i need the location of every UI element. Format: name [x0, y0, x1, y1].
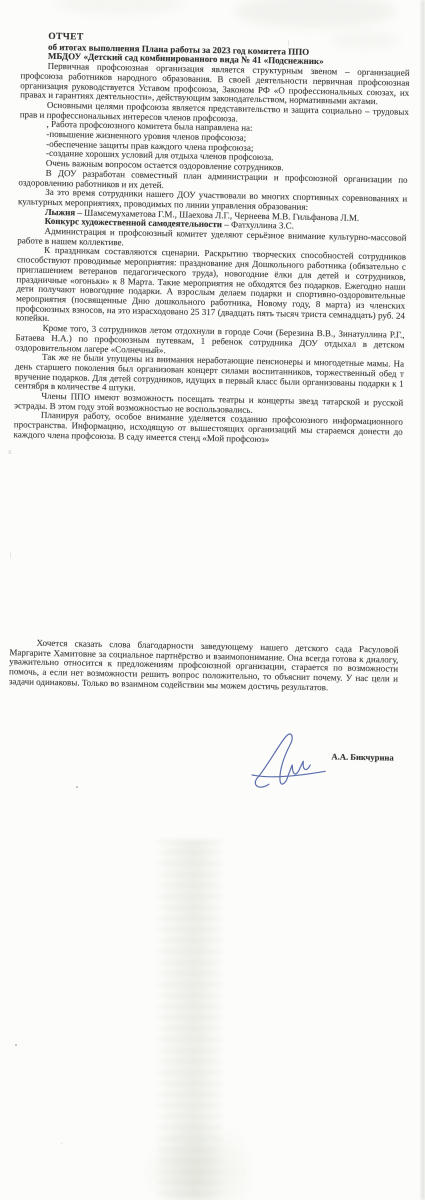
scan-artifact	[15, 1044, 17, 1046]
binding-fold-shadow	[140, 1120, 250, 1200]
scanned-report-page: | х | ' ОТЧЕТ об итогах выполнения Плана…	[0, 0, 425, 1200]
signature-block: А.А. Бикчурина	[249, 729, 420, 804]
scan-artifact: '	[61, 1143, 62, 1150]
signer-name: А.А. Бикчурина	[331, 752, 393, 763]
paragraph-info-space: Планируя работу, особое внимание уделяет…	[14, 411, 403, 448]
paragraph-gratitude: Хочется сказать слова благодарности заве…	[9, 638, 399, 694]
scan-edge-shadow	[421, 0, 425, 1200]
closing-section: Хочется сказать слова благодарности заве…	[9, 638, 399, 694]
document-body: ОТЧЕТ об итогах выполнения Плана работы …	[7, 32, 411, 799]
paragraph-holidays: К праздникам составляются сценарии. Раск…	[16, 246, 406, 331]
scan-smudge	[55, 0, 185, 14]
handwritten-signature-icon	[249, 729, 340, 801]
scan-artifact: х	[8, 449, 12, 456]
scan-smudge	[235, 0, 395, 28]
